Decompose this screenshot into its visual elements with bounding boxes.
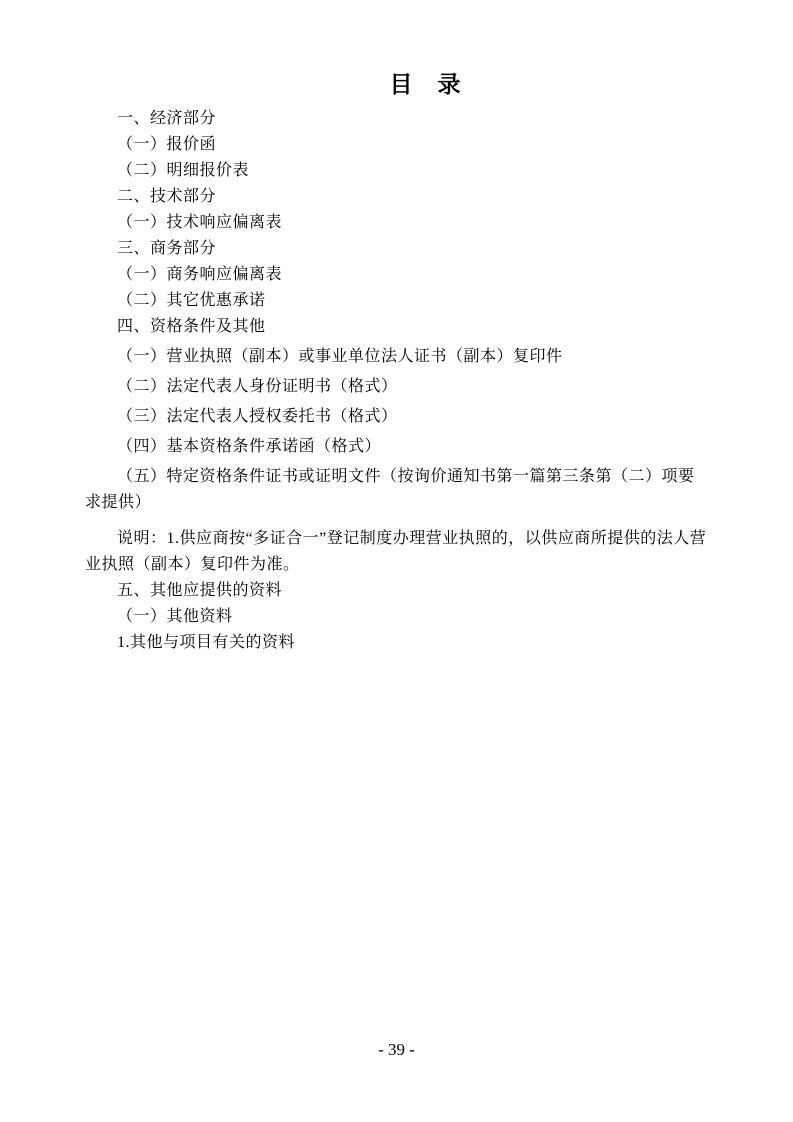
toc-entry: （一）技术响应偏离表 bbox=[85, 210, 710, 236]
toc-entry: （二）明细报价表 bbox=[85, 158, 710, 184]
toc-entry: 五、其他应提供的资料 bbox=[85, 578, 710, 604]
note-paragraph: 说明：1.供应商按“多证合一”登记制度办理营业执照的，以供应商所提供的法人营业执… bbox=[85, 526, 710, 578]
toc-entry: （一）营业执照（副本）或事业单位法人证书（副本）复印件 bbox=[85, 344, 710, 370]
toc-entry: （二）法定代表人身份证明书（格式） bbox=[85, 374, 710, 400]
toc-entry: 二、技术部分 bbox=[85, 184, 710, 210]
toc-entry: （二）其它优惠承诺 bbox=[85, 288, 710, 314]
toc-entry: 三、商务部分 bbox=[85, 236, 710, 262]
page-title: 目 录 bbox=[113, 70, 738, 100]
toc-entry: 1.其他与项目有关的资料 bbox=[85, 630, 710, 656]
toc-entry: 一、经济部分 bbox=[85, 106, 710, 132]
toc-entry: （三）法定代表人授权委托书（格式） bbox=[85, 404, 710, 430]
toc-entry: （一）商务响应偏离表 bbox=[85, 262, 710, 288]
page-number: - 39 - bbox=[0, 1038, 793, 1062]
toc-entry: （一）报价函 bbox=[85, 132, 710, 158]
toc-entry: 四、资格条件及其他 bbox=[85, 314, 710, 340]
document-page: 目 录 一、经济部分 （一）报价函 （二）明细报价表 二、技术部分 （一）技术响… bbox=[85, 70, 710, 656]
toc-entry: （五）特定资格条件证书或证明文件（按询价通知书第一篇第三条第（二）项要求提供） bbox=[85, 464, 710, 516]
toc-entry: （四）基本资格条件承诺函（格式） bbox=[85, 434, 710, 460]
toc-entry: （一）其他资料 bbox=[85, 604, 710, 630]
